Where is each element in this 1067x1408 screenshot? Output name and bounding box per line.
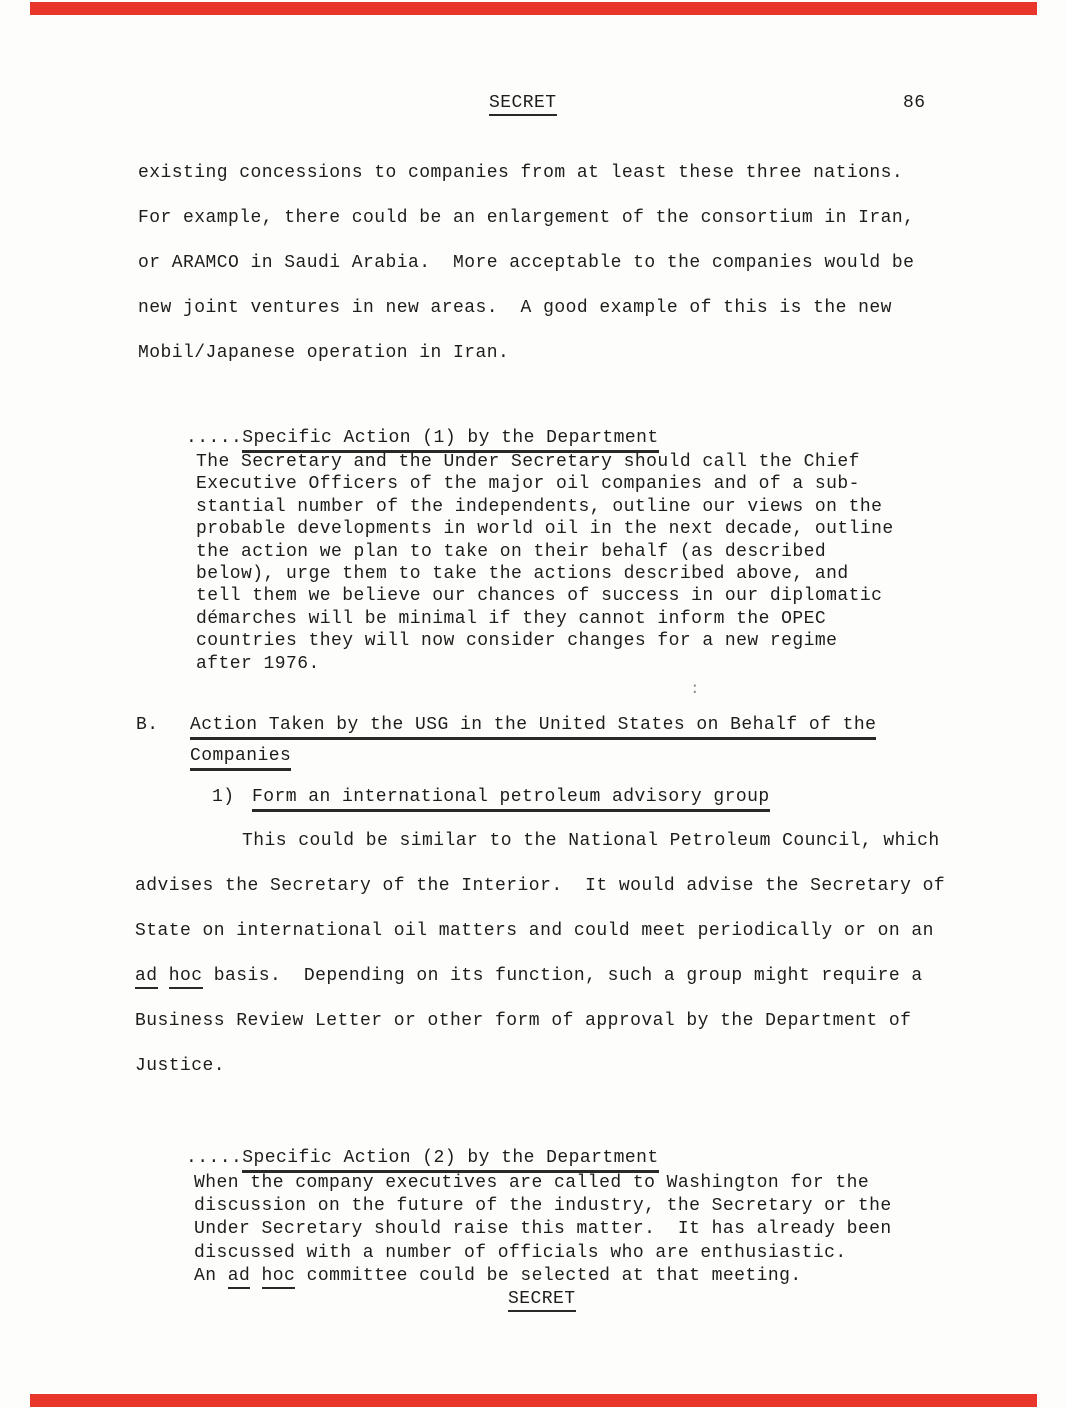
intro-paragraph: existing concessions to companies from a…: [138, 163, 914, 388]
footer-classification: SECRET: [508, 1289, 576, 1312]
text-line: or ARAMCO in Saudi Arabia. More acceptab…: [138, 253, 914, 298]
underlined-term-hoc: hoc: [169, 966, 203, 989]
text-line: Executive Officers of the major oil comp…: [196, 474, 894, 496]
text-line: State on international oil matters and c…: [135, 921, 945, 966]
underlined-term-ad: ad: [135, 966, 158, 989]
text-line: stantial number of the independents, out…: [196, 497, 894, 519]
list-item-1-title: Form an international petroleum advisory…: [252, 787, 770, 812]
text-line: démarches will be minimal if they cannot…: [196, 609, 894, 631]
underlined-term-hoc: hoc: [262, 1266, 296, 1289]
specific-action-2-title: Specific Action (2) by the Department: [242, 1148, 658, 1173]
text-line: probable developments in world oil in th…: [196, 519, 894, 541]
section-b-label: B.: [136, 715, 159, 735]
text-line: the action we plan to take on their beha…: [196, 542, 894, 564]
text-line: discussion on the future of the industry…: [194, 1196, 892, 1219]
classification-bar-bottom: [30, 1394, 1037, 1407]
text-line: Mobil/Japanese operation in Iran.: [138, 343, 914, 388]
specific-action-1-title: Specific Action (1) by the Department: [242, 428, 658, 453]
text-pre: An: [194, 1266, 228, 1286]
text-line: ad hoc basis. Depending on its function,…: [135, 966, 945, 1011]
header-classification: SECRET: [489, 93, 557, 116]
text-line: discussed with a number of officials who…: [194, 1243, 892, 1266]
leader-dots: .....: [186, 1148, 242, 1168]
text-line: An ad hoc committee could be selected at…: [194, 1266, 892, 1289]
advisory-group-paragraph: This could be similar to the National Pe…: [135, 831, 945, 1101]
specific-action-1-body: The Secretary and the Under Secretary sh…: [196, 452, 894, 676]
text-line: Business Review Letter or other form of …: [135, 1011, 945, 1056]
list-item-1-number: 1): [212, 787, 235, 807]
text-separator: [158, 966, 169, 986]
text-line: after 1976.: [196, 654, 894, 676]
text-line: below), urge them to take the actions de…: [196, 564, 894, 586]
section-b-title-line2: Companies: [190, 746, 291, 771]
page-number: 86: [903, 93, 926, 113]
underlined-term-ad: ad: [228, 1266, 251, 1289]
text-separator: [250, 1266, 261, 1286]
section-b-title-line1: Action Taken by the USG in the United St…: [190, 715, 876, 740]
text-line: Under Secretary should raise this matter…: [194, 1219, 892, 1242]
text-line: This could be similar to the National Pe…: [135, 831, 945, 876]
text-line: For example, there could be an enlargeme…: [138, 208, 914, 253]
scan-artifact-mark: :: [690, 680, 700, 698]
classification-bar-top: [30, 2, 1037, 15]
text-rest: committee could be selected at that meet…: [295, 1266, 801, 1286]
text-line: Justice.: [135, 1056, 945, 1101]
text-line: When the company executives are called t…: [194, 1173, 892, 1196]
text-line: tell them we believe our chances of succ…: [196, 586, 894, 608]
text-line: countries they will now consider changes…: [196, 631, 894, 653]
text-line: new joint ventures in new areas. A good …: [138, 298, 914, 343]
leader-dots: .....: [186, 428, 242, 448]
document-page: SECRET 86 existing concessions to compan…: [0, 0, 1067, 1408]
text-rest: basis. Depending on its function, such a…: [203, 966, 923, 986]
text-line: existing concessions to companies from a…: [138, 163, 914, 208]
text-line: The Secretary and the Under Secretary sh…: [196, 452, 894, 474]
text-line: advises the Secretary of the Interior. I…: [135, 876, 945, 921]
specific-action-2-body: When the company executives are called t…: [194, 1173, 892, 1289]
